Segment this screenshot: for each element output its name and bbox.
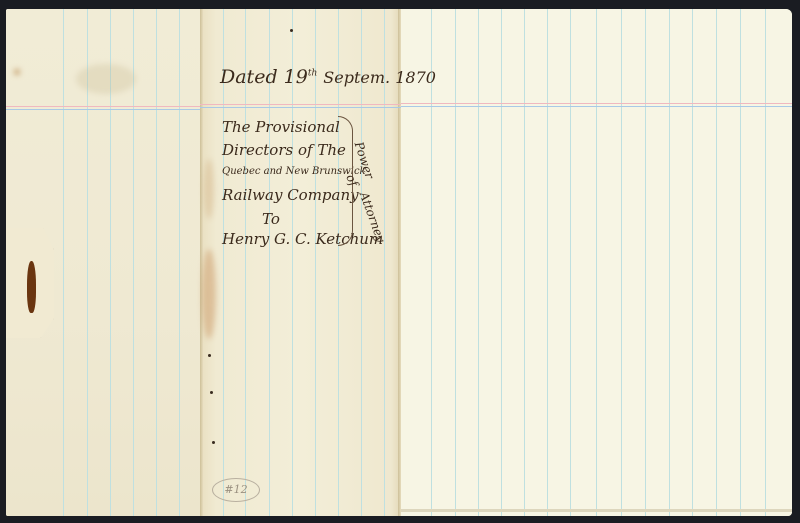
punch-hole [27,261,36,313]
rule-line [524,9,525,516]
rule-line [179,9,180,516]
parties-line-2: Directors of The [222,141,346,159]
margin-line-blue [200,107,401,108]
water-stain [76,64,136,94]
ink-speck [208,354,211,357]
rule-line [645,9,646,516]
bottom-edge [401,509,792,512]
dated-month-year: Septem. 1870 [323,68,436,87]
margin-line-blue [401,106,792,107]
right-panel [401,9,792,516]
ink-speck [210,391,213,394]
rule-line [156,9,157,516]
rule-line [740,9,741,516]
dated-prefix: Dated 19 [220,66,308,88]
rule-line [570,9,571,516]
ink-speck [290,29,293,32]
rule-line [669,9,670,516]
rust-stain [202,249,216,339]
parties-line-5: To [262,210,280,228]
rule-line [621,9,622,516]
rule-line [478,9,479,516]
margin-line-blue [6,109,200,110]
dated-line: Dated 19th Septem. 1870 [220,66,436,88]
margin-line-red [401,103,792,104]
rule-line [765,9,766,516]
rule-line [547,9,548,516]
paper-tab [6,228,54,338]
parties-line-6: Henry G. C. Ketchum [222,230,383,248]
dated-superscript: th [308,69,317,79]
rule-line [63,9,64,516]
parties-line-1: The Provisional [222,118,340,136]
rule-line [716,9,717,516]
rust-spot [14,69,20,75]
rust-stain [204,159,214,219]
margin-line-red [6,106,200,107]
ink-speck [212,441,215,444]
catalog-stamp: #12 [212,478,260,502]
rule-line [501,9,502,516]
rule-line [596,9,597,516]
fold-crease-left [200,9,203,516]
rule-line [455,9,456,516]
rule-line [692,9,693,516]
margin-line-red [200,104,401,105]
